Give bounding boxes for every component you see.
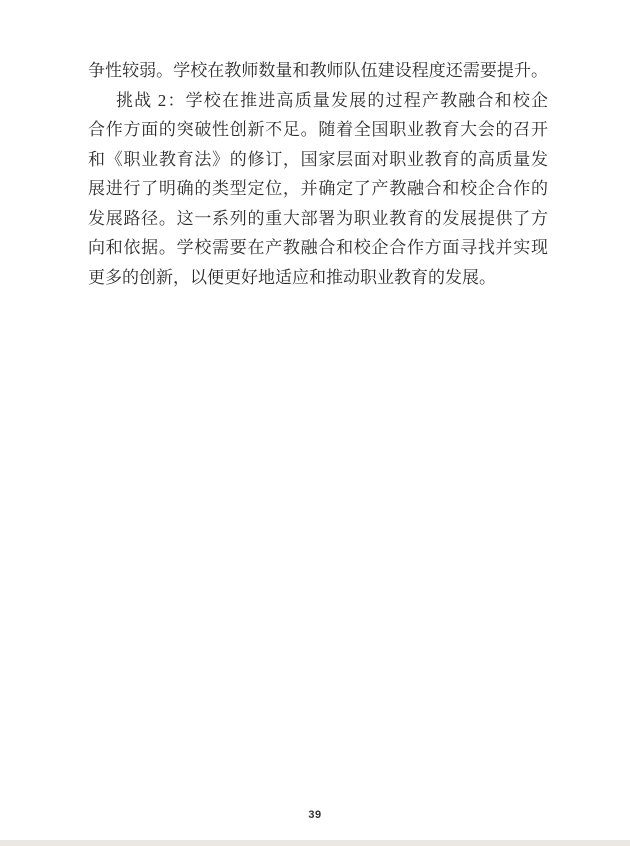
document-page: 争性较弱。学校在教师数量和教师队伍建设程度还需要提升。 挑战 2：学校在推进高质… bbox=[0, 0, 630, 846]
page-bottom-edge bbox=[0, 840, 630, 846]
text-line: 合作方面的突破性创新不足。随着全国职业教育大会的召开 bbox=[88, 115, 548, 145]
text-line: 向和依据。学校需要在产教融合和校企合作方面寻找并实现 bbox=[88, 233, 548, 263]
text-line: 展进行了明确的类型定位，并确定了产教融合和校企合作的 bbox=[88, 174, 548, 204]
text-line: 发展路径。这一系列的重大部署为职业教育的发展提供了方 bbox=[88, 204, 548, 234]
page-number: 39 bbox=[0, 809, 630, 821]
document-text: 争性较弱。学校在教师数量和教师队伍建设程度还需要提升。 挑战 2：学校在推进高质… bbox=[88, 56, 548, 292]
text-line: 争性较弱。学校在教师数量和教师队伍建设程度还需要提升。 bbox=[88, 56, 548, 86]
text-line: 挑战 2：学校在推进高质量发展的过程产教融合和校企 bbox=[88, 86, 548, 116]
text-line: 和《职业教育法》的修订，国家层面对职业教育的高质量发 bbox=[88, 145, 548, 175]
text-line: 更多的创新，以便更好地适应和推动职业教育的发展。 bbox=[88, 263, 548, 293]
